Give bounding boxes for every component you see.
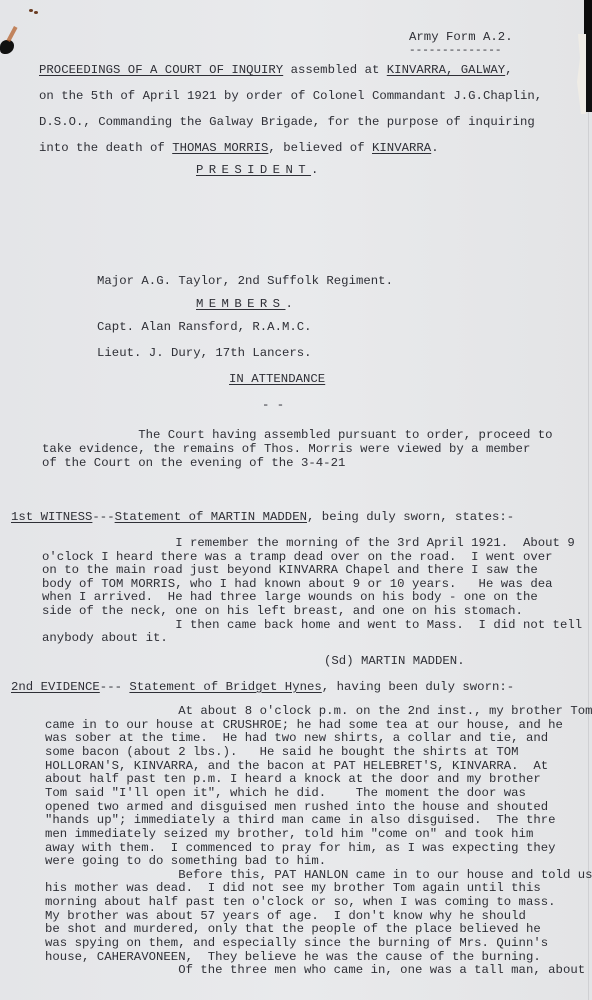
attendance-heading: IN ATTENDANCE — [229, 372, 325, 386]
heading-text: --- — [100, 680, 130, 694]
statement-line: Before this, PAT HANLON came in to our h… — [45, 868, 592, 882]
witness-label: 2nd EVIDENCE — [11, 680, 100, 694]
form-label: Army Form A.2. — [409, 30, 513, 44]
statement-line: men immediately seized my brother, told … — [45, 827, 533, 841]
rust-mark — [6, 26, 17, 42]
statement-line: be shot and murdered, only that the peop… — [45, 922, 541, 936]
heading-text: into the death of — [39, 141, 172, 155]
witness2-heading: 2nd EVIDENCE--- Statement of Bridget Hyn… — [11, 680, 514, 694]
statement-line: body of TOM MORRIS, who I had known abou… — [42, 577, 553, 591]
heading-text: . — [311, 163, 318, 177]
member-entry: Capt. Alan Ransford, R.A.M.C. — [97, 320, 312, 334]
heading-text: --- — [92, 510, 114, 524]
statement-line: morning about half past ten o'clock or s… — [45, 895, 556, 909]
statement-line: about half past ten p.m. I heard a knock… — [45, 772, 541, 786]
statement-line: his mother was dead. I did not see my br… — [45, 881, 541, 895]
president-heading: PRESIDENT. — [196, 163, 318, 177]
inquiry-heading-line3: D.S.O., Commanding the Galway Brigade, f… — [39, 115, 535, 129]
heading-text: , believed of — [268, 141, 372, 155]
inquiry-heading-line2: on the 5th of April 1921 by order of Col… — [39, 89, 542, 103]
president-name: Major A.G. Taylor, 2nd Suffolk Regiment. — [97, 274, 393, 288]
witness-label: 1st WITNESS — [11, 510, 92, 524]
statement-line: Tom said "I'll open it", which he did. T… — [45, 786, 526, 800]
statement-line: was spying on them, and especially since… — [45, 936, 548, 950]
president-heading-text: PRESIDENT — [196, 163, 311, 177]
statement-line: Of the three men who came in, one was a … — [45, 963, 585, 977]
statement-line: I remember the morning of the 3rd April … — [42, 536, 575, 550]
statement-line: I then came back home and went to Mass. … — [42, 618, 582, 632]
preamble-line: The Court having assembled pursuant to o… — [42, 428, 553, 442]
statement-line: anybody about it. — [42, 631, 168, 645]
statement-line: At about 8 o'clock p.m. on the 2nd inst.… — [45, 704, 592, 718]
witness1-heading: 1st WITNESS---Statement of MARTIN MADDEN… — [11, 510, 514, 524]
statement-line: on to the main road just beyond KINVARRA… — [42, 563, 538, 577]
statement-line: some bacon (about 2 lbs.). He said he bo… — [45, 745, 519, 759]
member-entry: Lieut. J. Dury, 17th Lancers. — [97, 346, 312, 360]
location: KINVARRA, GALWAY — [387, 63, 505, 77]
rust-mark — [29, 9, 33, 12]
heading-text: , having been duly sworn:- — [322, 680, 514, 694]
attendance-body: - - — [262, 398, 284, 412]
statement-line: was sober at the time. He had two new sh… — [45, 731, 548, 745]
statement-line: My brother was about 57 years of age. I … — [45, 909, 526, 923]
statement-line: were going to do something bad to him. — [45, 854, 326, 868]
ink-stain — [0, 40, 14, 54]
scan-edge — [586, 30, 592, 112]
form-label-rule: -------------- — [409, 44, 501, 58]
torn-paper-edge — [576, 34, 586, 114]
members-heading: MEMBERS. — [196, 297, 293, 311]
attendance-heading-text: IN ATTENDANCE — [229, 372, 325, 386]
deceased-place: KINVARRA — [372, 141, 431, 155]
heading-text: , — [505, 63, 512, 77]
heading-text: . — [431, 141, 438, 155]
statement-line: "hands up"; immediately a third man came… — [45, 813, 556, 827]
paper-edge — [588, 112, 589, 1000]
preamble-line: of the Court on the evening of the 3-4-2… — [42, 456, 345, 470]
proceedings-title: PROCEEDINGS OF A COURT OF INQUIRY — [39, 63, 283, 77]
statement-line: when I arrived. He had three large wound… — [42, 590, 538, 604]
statement-line: o'clock I heard there was a tramp dead o… — [42, 550, 553, 564]
heading-text: assembled at — [283, 63, 387, 77]
heading-text: , being duly sworn, states:- — [307, 510, 514, 524]
statement-line: house, CAHERAVONEEN, They believe he was… — [45, 950, 541, 964]
witness-title: Statement of MARTIN MADDEN — [115, 510, 307, 524]
heading-text: . — [285, 297, 292, 311]
statement-line: HOLLORAN'S, KINVARRA, and the bacon at P… — [45, 759, 548, 773]
statement-line: opened two armed and disguised men rushe… — [45, 800, 548, 814]
deceased-name: THOMAS MORRIS — [172, 141, 268, 155]
statement-line: came in to our house at CRUSHROE; he had… — [45, 718, 563, 732]
members-heading-text: MEMBERS — [196, 297, 285, 311]
witness1-signature: (Sd) MARTIN MADDEN. — [324, 654, 465, 668]
preamble-line: take evidence, the remains of Thos. Morr… — [42, 442, 530, 456]
witness-title: Statement of Bridget Hynes — [129, 680, 321, 694]
inquiry-heading-line4: into the death of THOMAS MORRIS, believe… — [39, 141, 439, 155]
rust-mark — [34, 11, 38, 14]
inquiry-heading-line1: PROCEEDINGS OF A COURT OF INQUIRY assemb… — [39, 63, 513, 77]
statement-line: side of the neck, one on his left breast… — [42, 604, 523, 618]
statement-line: away with them. I commenced to pray for … — [45, 841, 556, 855]
document-page: Army Form A.2. -------------- PROCEEDING… — [0, 0, 592, 1000]
